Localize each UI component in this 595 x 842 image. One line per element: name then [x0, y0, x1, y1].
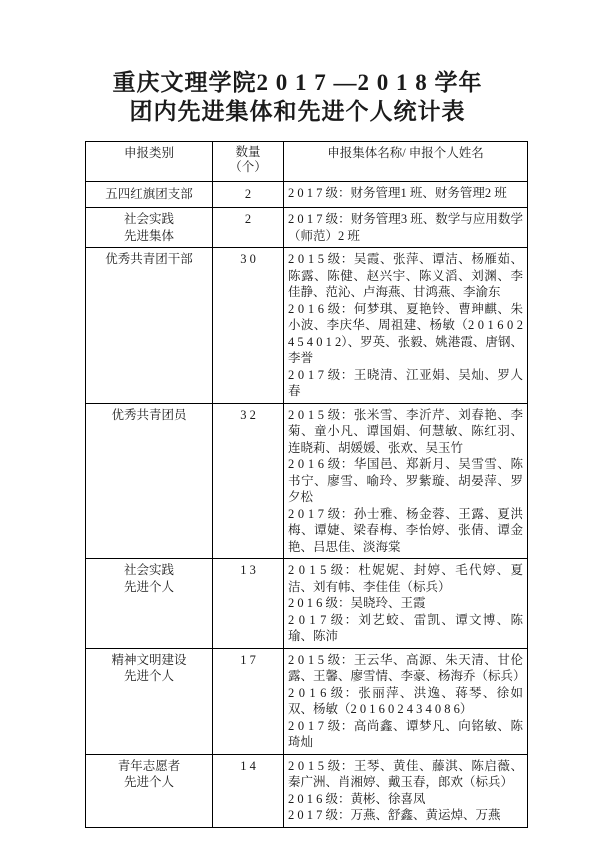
row-category: 社会实践 先进集体: [86, 208, 213, 248]
names-entry: 2 0 1 6 级：华国邑、郑新月、吴雪雪、陈书宁、廖雪、喻玲、罗紫璇、胡晏萍、…: [288, 456, 523, 506]
row-category: 精神文明建设 先进个人: [86, 648, 213, 754]
row-quantity: 2: [213, 182, 284, 208]
row-names: 2 0 1 5 级：王琴、黄佳、藤淇、陈启薇、秦广洲、肖湘婷、戴玉春，郎欢（标兵…: [284, 754, 528, 827]
row-category: 优秀共青团员: [86, 403, 213, 559]
row-category: 五四红旗团支部: [86, 182, 213, 208]
names-entry: 2 0 1 7 级：高尚鑫、谭梦凡、向铭敏、陈琦灿: [288, 718, 523, 751]
table-row: 五四红旗团支部 2 2 0 1 7 级：财务管理1 班、财务管理2 班: [86, 182, 528, 208]
row-quantity: 1 4: [213, 754, 284, 827]
title-line-2: 团内先进集体和先进个人统计表: [0, 97, 595, 126]
names-entry: 2 0 1 6 级：吴晓玲、王霞: [288, 595, 523, 612]
row-category: 社会实践 先进个人: [86, 559, 213, 649]
title-line-1: 重庆文理学院2 0 1 7 —2 0 1 8 学年: [0, 68, 595, 97]
row-category: 优秀共青团干部: [86, 248, 213, 404]
row-quantity: 1 7: [213, 648, 284, 754]
row-names: 2 0 1 5 级：张米雪、李沂芹、刘春艳、李菊、童小凡、谭国娟、何慧敏、陈红羽…: [284, 403, 528, 559]
names-entry: 2 0 1 6 级：何梦琪、夏艳铃、曹珅麒、朱小波、李庆华、周祖建、杨敏（2 0…: [288, 301, 523, 367]
names-entry: 2 0 1 5 级：吴霞、张萍、谭洁、杨雁茹、陈露、陈健、赵兴宇、陈义滔、刘渊、…: [288, 251, 523, 301]
header-category: 申报类别: [86, 142, 213, 182]
names-entry: 2 0 1 5 级：王琴、黄佳、藤淇、陈启薇、秦广洲、肖湘婷、戴玉春，郎欢（标兵…: [288, 758, 523, 791]
names-entry: 2 0 1 6 级：黄彬、徐喜凤: [288, 791, 523, 808]
document-title: 重庆文理学院2 0 1 7 —2 0 1 8 学年 团内先进集体和先进个人统计表: [0, 0, 595, 126]
names-entry: 2 0 1 7 级：万燕、舒鑫、黄运焯、万燕: [288, 807, 523, 824]
row-quantity: 3 2: [213, 403, 284, 559]
row-category: 青年志愿者 先进个人: [86, 754, 213, 827]
names-entry: 2 0 1 5 级：杜妮妮、封婷、毛代婷、夏洁、刘有帏、李佳佳（标兵）: [288, 562, 523, 595]
table-row: 社会实践 先进集体 2 2 0 1 7 级：财务管理3 班、数学与应用数学（师范…: [86, 208, 528, 248]
row-names: 2 0 1 5 级：吴霞、张萍、谭洁、杨雁茹、陈露、陈健、赵兴宇、陈义滔、刘渊、…: [284, 248, 528, 404]
names-entry: 2 0 1 7 级：财务管理3 班、数学与应用数学（师范）2 班: [288, 211, 523, 244]
table-row: 精神文明建设 先进个人 1 7 2 0 1 5 级：王云华、高源、朱天清、甘伦露…: [86, 648, 528, 754]
table-row: 优秀共青团员 3 2 2 0 1 5 级：张米雪、李沂芹、刘春艳、李菊、童小凡、…: [86, 403, 528, 559]
row-quantity: 2: [213, 208, 284, 248]
names-entry: 2 0 1 7 级：孙士雅、杨金蓉、王露、夏洪梅、谭婕、梁春梅、李怡婷、张倩、谭…: [288, 506, 523, 556]
names-entry: 2 0 1 5 级：王云华、高源、朱天清、甘伦露、王馨、廖雪情、李豪、杨海乔（标…: [288, 652, 523, 685]
row-names: 2 0 1 5 级：杜妮妮、封婷、毛代婷、夏洁、刘有帏、李佳佳（标兵） 2 0 …: [284, 559, 528, 649]
table-row: 社会实践 先进个人 1 3 2 0 1 5 级：杜妮妮、封婷、毛代婷、夏洁、刘有…: [86, 559, 528, 649]
names-entry: 2 0 1 7 级：财务管理1 班、财务管理2 班: [288, 185, 523, 202]
row-quantity: 1 3: [213, 559, 284, 649]
document-page: 重庆文理学院2 0 1 7 —2 0 1 8 学年 团内先进集体和先进个人统计表…: [0, 0, 595, 842]
names-entry: 2 0 1 7 级：王晓清、江亚娟、吴灿、罗人春: [288, 367, 523, 400]
names-entry: 2 0 1 7 级：刘艺蛟、雷凯、谭文博、陈瑜、陈沛: [288, 612, 523, 645]
row-names: 2 0 1 7 级：财务管理1 班、财务管理2 班: [284, 182, 528, 208]
header-row: 申报类别 数量 （个） 申报集体名称/ 申报个人姓名: [86, 142, 528, 182]
row-names: 2 0 1 7 级：财务管理3 班、数学与应用数学（师范）2 班: [284, 208, 528, 248]
names-entry: 2 0 1 5 级：张米雪、李沂芹、刘春艳、李菊、童小凡、谭国娟、何慧敏、陈红羽…: [288, 407, 523, 457]
row-names: 2 0 1 5 级：王云华、高源、朱天清、甘伦露、王馨、廖雪情、李豪、杨海乔（标…: [284, 648, 528, 754]
header-names: 申报集体名称/ 申报个人姓名: [284, 142, 528, 182]
table-row: 优秀共青团干部 3 0 2 0 1 5 级：吴霞、张萍、谭洁、杨雁茹、陈露、陈健…: [86, 248, 528, 404]
row-quantity: 3 0: [213, 248, 284, 404]
names-entry: 2 0 1 6 级：张丽萍、洪逸、蒋琴、徐如双、杨敏（2 0 1 6 0 2 4…: [288, 685, 523, 718]
header-quantity: 数量 （个）: [213, 142, 284, 182]
table-row: 青年志愿者 先进个人 1 4 2 0 1 5 级：王琴、黄佳、藤淇、陈启薇、秦广…: [86, 754, 528, 827]
awards-table: 申报类别 数量 （个） 申报集体名称/ 申报个人姓名 五四红旗团支部 2 2 0…: [85, 141, 528, 828]
